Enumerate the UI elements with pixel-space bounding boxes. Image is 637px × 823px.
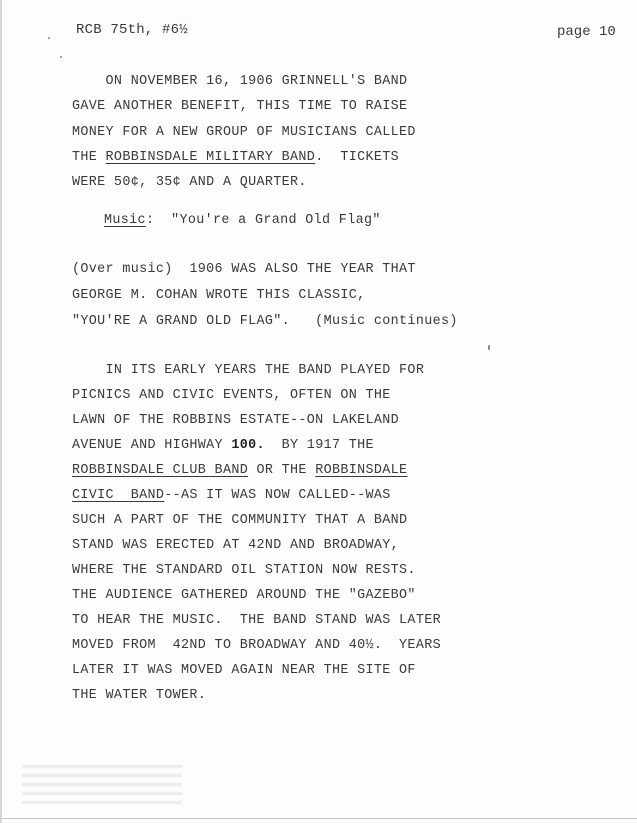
paragraph-line: GAVE ANOTHER BENEFIT, THIS TIME TO RAISE	[72, 100, 407, 113]
band-name-military: ROBBINSDALE MILITARY BAND	[106, 150, 316, 165]
paragraph-line: SUCH A PART OF THE COMMUNITY THAT A BAND	[72, 514, 407, 527]
page-bottom-edge	[0, 818, 637, 819]
text-span: --AS IT WAS NOW CALLED--WAS	[164, 488, 390, 503]
text-span: OR THE	[248, 463, 315, 478]
paragraph-line: THE AUDIENCE GATHERED AROUND THE "GAZEBO…	[72, 589, 416, 602]
paragraph-line: MONEY FOR A NEW GROUP OF MUSICIANS CALLE…	[72, 126, 416, 139]
paragraph-line: ON NOVEMBER 16, 1906 GRINNELL'S BAND	[72, 75, 407, 88]
band-name-civic-part1: ROBBINSDALE	[315, 463, 407, 478]
text-span: . TICKETS	[315, 150, 399, 165]
paragraph-line: MOVED FROM 42ND TO BROADWAY AND 40½. YEA…	[72, 639, 441, 652]
document-reference: RCB 75th, #6½	[76, 22, 188, 38]
paragraph-line: TO HEAR THE MUSIC. THE BAND STAND WAS LA…	[72, 614, 441, 627]
scan-speck	[488, 345, 490, 350]
paragraph-line: ROBBINSDALE CLUB BAND OR THE ROBBINSDALE	[72, 464, 407, 477]
band-name-club: ROBBINSDALE CLUB BAND	[72, 463, 248, 478]
page-number: page 10	[557, 24, 616, 40]
band-name-civic-part2: CIVIC BAND	[72, 488, 164, 503]
paragraph-line: WERE 50¢, 35¢ AND A QUARTER.	[72, 176, 307, 189]
paragraph-line: LATER IT WAS MOVED AGAIN NEAR THE SITE O…	[72, 664, 416, 677]
paragraph-line: IN ITS EARLY YEARS THE BAND PLAYED FOR	[72, 364, 424, 377]
paragraph-line: (Over music) 1906 WAS ALSO THE YEAR THAT	[72, 263, 416, 276]
paragraph-line: THE ROBBINSDALE MILITARY BAND. TICKETS	[72, 151, 399, 164]
text-span: BY 1917 THE	[265, 438, 374, 453]
scan-smudge	[22, 765, 182, 805]
paragraph-line: "YOU'RE A GRAND OLD FLAG". (Music contin…	[72, 315, 458, 328]
paragraph-line: GEORGE M. COHAN WROTE THIS CLASSIC,	[72, 289, 366, 302]
scan-speck	[60, 56, 62, 58]
paragraph-line: AVENUE AND HIGHWAY 100. BY 1917 THE	[72, 439, 374, 452]
paragraph-line: LAWN OF THE ROBBINS ESTATE--ON LAKELAND	[72, 414, 399, 427]
music-title: : "You're a Grand Old Flag"	[146, 213, 381, 228]
scan-speck	[48, 37, 50, 39]
text-span: AVENUE AND HIGHWAY	[72, 438, 231, 453]
text-span: THE	[72, 150, 106, 165]
paragraph-line: CIVIC BAND--AS IT WAS NOW CALLED--WAS	[72, 489, 391, 502]
highway-number: 100.	[231, 438, 265, 453]
paragraph-line: STAND WAS ERECTED AT 42ND AND BROADWAY,	[72, 539, 399, 552]
paragraph-line: THE WATER TOWER.	[72, 689, 206, 702]
paragraph-line: WHERE THE STANDARD OIL STATION NOW RESTS…	[72, 564, 416, 577]
music-label: Music	[104, 213, 146, 228]
paragraph-line: PICNICS AND CIVIC EVENTS, OFTEN ON THE	[72, 389, 391, 402]
music-cue: Music: "You're a Grand Old Flag"	[104, 214, 381, 227]
page-edge	[0, 0, 2, 823]
